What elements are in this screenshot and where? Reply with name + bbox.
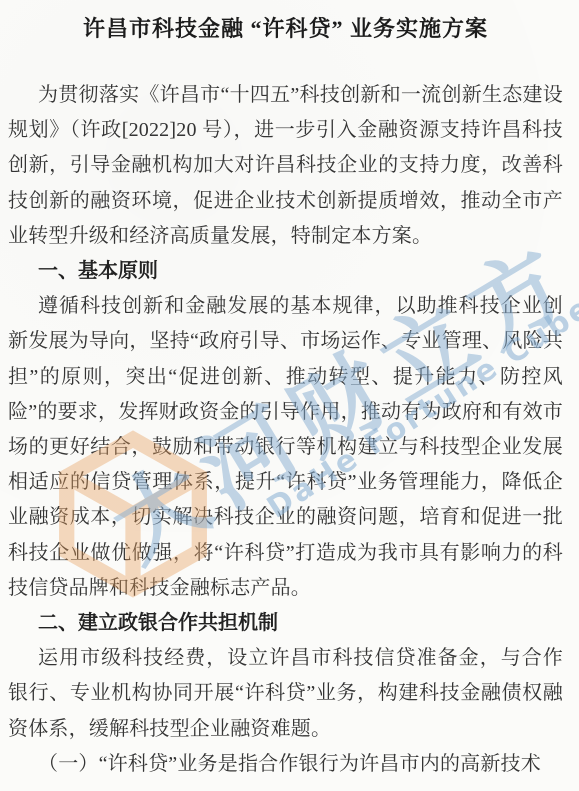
document-page: 许昌市科技金融 “许科贷” 业务实施方案 为贯彻落实《许昌市“十四五”科技创新和… <box>0 0 579 791</box>
paragraph-cooperation-mechanism: 运用市级科技经费，设立许昌市科技信贷准备金，与合作银行、专业机构协同开展“许科贷… <box>8 641 563 747</box>
heading-section-2-cooperation-mechanism: 二、建立政银合作共担机制 <box>8 606 563 641</box>
heading-section-1-basic-principles: 一、基本原则 <box>8 254 563 289</box>
paragraph-basic-principles: 遵循科技创新和金融发展的基本规律，以助推科技企业创新发展为导向，坚持“政府引导、… <box>8 289 563 606</box>
paragraph-preamble: 为贯彻落实《许昌市“十四五”科技创新和一流创新生态建设规划》（许政[2022]2… <box>8 78 563 254</box>
document-title: 许昌市科技金融 “许科贷” 业务实施方案 <box>8 14 563 44</box>
paragraph-item-1-definition: （一）“许科贷”业务是指合作银行为许昌市内的高新技术 <box>8 747 563 782</box>
